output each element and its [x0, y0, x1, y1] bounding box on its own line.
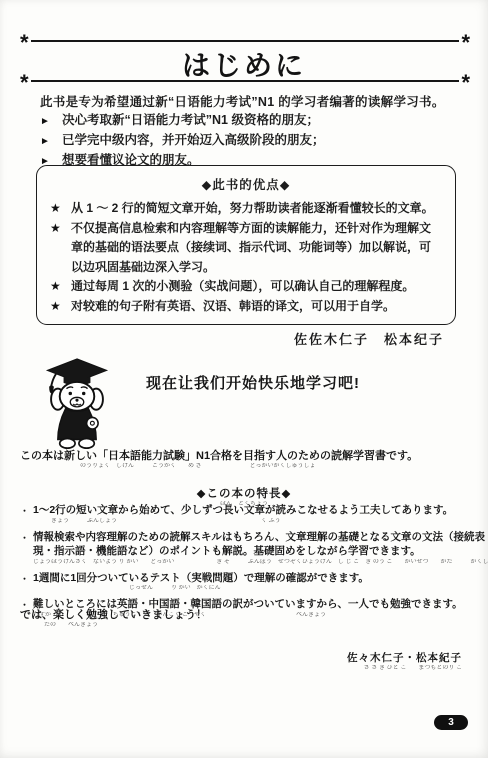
callout-text: 现在让我们开始快乐地学习吧! [146, 372, 360, 393]
cn-intro-bullet-list: ► 决心考取新“日语能力考试”N1 级资格的朋友； ► 已学完中级内容，并开始迈… [40, 111, 458, 171]
furigana: さ さ き ひと こ まつもとのり こ [347, 665, 462, 672]
list-item: ・ 1週間に1回分ついているテスト（実戦問題）で理解の確認ができます。 じっせん… [20, 571, 472, 593]
list-item: ★ 从 1 ～ 2 行的简短文章开始，努力帮助读者能逐渐看懂较长的文章。 [50, 199, 442, 219]
jp-feature-main: 1週間に1回分ついているテスト（実戦問題）で理解の確認ができます。 [33, 572, 369, 584]
jp-closing-text: では、楽しく勉強していきましょう！ [20, 606, 207, 622]
cn-bullet-text: 已学完中级内容，并开始迈入高级阶段的朋友； [62, 131, 325, 151]
triangle-bullet-icon: ► [40, 111, 62, 131]
graduate-dog-mascot-icon [38, 356, 116, 452]
furigana: ぎょう ぶんしょう く ふう [33, 518, 453, 525]
list-item: ・ 1～2行の短い文章から始めて、少しずつ長い文章が読みこなせるよう工夫してあり… [20, 503, 472, 525]
furigana: のうりょく しけん ごうかく め ざ どっかいがくしゅうしょ [20, 463, 474, 470]
page-number-badge: 3 [434, 715, 468, 730]
jp-features-heading-text: ◆この本の特長◆ [0, 485, 488, 501]
list-item: ► 已学完中级内容，并开始迈入高级阶段的朋友； [40, 131, 458, 151]
star-bullet-icon: ★ [50, 297, 71, 317]
dot-bullet-icon: ・ [20, 571, 33, 593]
star-bullet-icon: ★ [50, 219, 71, 278]
merit-text: 通过每周 1 次的小测验（实战问题），可以确认自己的理解程度。 [71, 277, 414, 297]
jp-feature-text: 1～2行の短い文章から始めて、少しずつ長い文章が読みこなせるよう工夫してあります… [33, 503, 453, 525]
title-rule-bottom: * * [20, 73, 470, 89]
list-item: ・ 情報検索や内容理解のための読解スキルはもちろん、文章理解の基礎となる文章の文… [20, 530, 472, 566]
furigana: たの べんきょう [20, 622, 207, 629]
star-bullet-icon: ★ [50, 277, 71, 297]
list-item: ► 决心考取新“日语能力考试”N1 级资格的朋友； [40, 111, 458, 131]
jp-closing: では、楽しく勉強していきましょう！ たの べんきょう [20, 606, 207, 629]
page-number: 3 [448, 717, 454, 728]
jp-feature-text: 情報検索や内容理解のための読解スキルはもちろん、文章理解の基礎となる文章の文法（… [33, 530, 488, 566]
horizontal-rule [31, 80, 460, 82]
list-item: ★ 通过每周 1 次的小测验（实战问题），可以确认自己的理解程度。 [50, 277, 442, 297]
cn-bullet-text: 决心考取新“日语能力考试”N1 级资格的朋友； [62, 111, 319, 131]
horizontal-rule [31, 40, 460, 42]
scanned-book-page: * * はじめに * * 此书是专为希望通过新“日语能力考试”N1 的学习者编著… [0, 0, 488, 758]
dot-bullet-icon: ・ [20, 503, 33, 525]
list-item: ★ 不仅提高信息检索和内容理解等方面的读解能力，还针对作为理解文章的基础的语法要… [50, 219, 442, 278]
merits-box-heading: ◆此书的优点◆ [50, 175, 442, 193]
dot-bullet-icon: ・ [20, 530, 33, 566]
merit-text: 不仅提高信息检索和内容理解等方面的读解能力，还针对作为理解文章的基础的语法要点（… [71, 219, 442, 278]
list-item: ★ 对较难的句子附有英语、汉语、韩语的译文，可以用于自学。 [50, 297, 442, 317]
merit-text: 对较难的句子附有英语、汉语、韩语的译文，可以用于自学。 [71, 297, 395, 317]
furigana: じっせん り かい かくにん [33, 585, 369, 592]
jp-intro: この本は新しい「日本語能力試験」N1合格を目指す人のための読解学習書です。 のう… [20, 447, 474, 470]
jp-feature-text: 1週間に1回分ついているテスト（実戦問題）で理解の確認ができます。 じっせん り… [33, 571, 369, 593]
cn-intro-lead: 此书是专为希望通过新“日语能力考试”N1 的学习者编著的读解学习书。 [40, 92, 458, 110]
authors-signature-cn: 佐佐木仁子 松本纪子 [294, 329, 444, 348]
triangle-bullet-icon: ► [40, 131, 62, 151]
book-merits-box: ◆此书的优点◆ ★ 从 1 ～ 2 行的简短文章开始，努力帮助读者能逐渐看懂较长… [36, 165, 456, 325]
jp-feature-main: 1～2行の短い文章から始めて、少しずつ長い文章が読みこなせるよう工夫してあります… [33, 504, 453, 516]
merit-text: 从 1 ～ 2 行的简短文章开始，努力帮助读者能逐渐看懂较长的文章。 [71, 199, 434, 219]
jp-intro-text: この本は新しい「日本語能力試験」N1合格を目指す人のための読解学習書です。 [20, 447, 474, 463]
star-bullet-icon: ★ [50, 199, 71, 219]
authors-signature-jp: 佐々木仁子・松本紀子 さ さ き ひと こ まつもとのり こ [347, 650, 462, 672]
jp-feature-main: 情報検索や内容理解のための読解スキルはもちろん、文章理解の基礎となる文章の文法（… [33, 531, 485, 558]
jp-signature-text: 佐々木仁子・松本紀子 [347, 650, 462, 665]
furigana: じょうほうけんさく ないよう り かい どっかい き そ ぶんぽう せつぞくひょ… [33, 559, 488, 566]
